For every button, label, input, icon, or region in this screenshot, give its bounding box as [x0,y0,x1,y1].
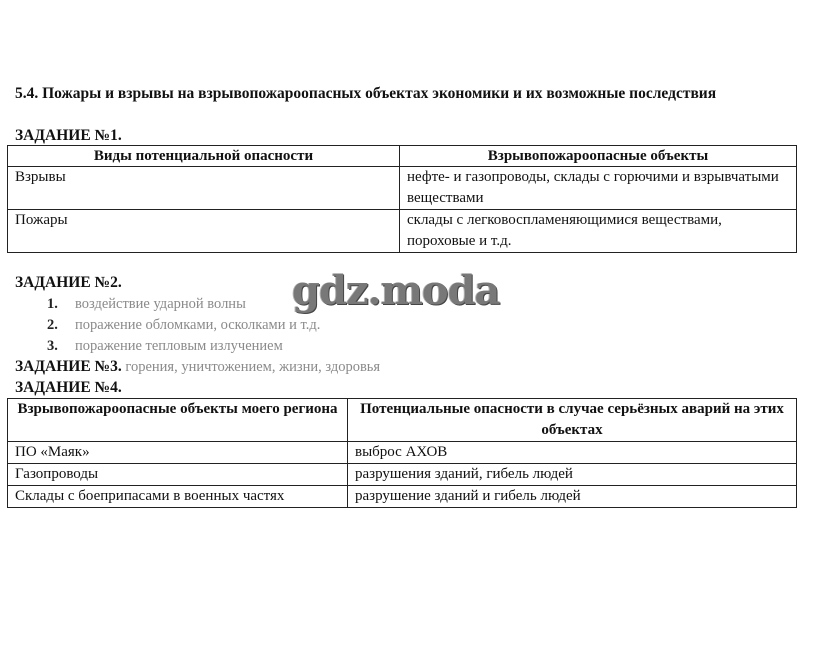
table-row: Газопроводы разрушения зданий, гибель лю… [8,464,797,486]
table-cell: Взрывы [8,167,400,210]
table-cell: нефте- и газопроводы, склады с горючими … [400,167,797,210]
list-number: 2. [47,315,75,336]
table-cell: выброс АХОВ [348,442,797,464]
task3-heading: ЗАДАНИЕ №3. [15,358,122,375]
list-item: 1. воздействие ударной волны [47,294,320,315]
list-text: поражение обломками, осколками и т.д. [75,315,320,336]
table-cell: Склады с боеприпасами в военных частях [8,486,348,508]
task2-list: 1. воздействие ударной волны 2. поражени… [47,294,320,357]
list-item: 3. поражение тепловым излучением [47,336,320,357]
table-cell: Пожары [8,210,400,253]
list-number: 3. [47,336,75,357]
task4-heading: ЗАДАНИЕ №4. [15,378,122,397]
table-cell: ПО «Маяк» [8,442,348,464]
table-header-row: Взрывопожароопасные объекты моего регион… [8,399,797,442]
list-text: воздействие ударной волны [75,294,246,315]
task3-line: ЗАДАНИЕ №3. горения, уничтожением, жизни… [15,357,380,377]
column-header: Взрывопожароопасные объекты моего регион… [8,399,348,442]
table-cell: Газопроводы [8,464,348,486]
table-header-row: Виды потенциальной опасности Взрывопожар… [8,146,797,167]
table-row: ПО «Маяк» выброс АХОВ [8,442,797,464]
list-number: 1. [47,294,75,315]
column-header: Виды потенциальной опасности [8,146,400,167]
table-row: Пожары склады с легковоспламеняющимися в… [8,210,797,253]
watermark-logo: gdz.moda [292,268,499,314]
table-cell: склады с легковоспламеняющимися вещества… [400,210,797,253]
table-row: Взрывы нефте- и газопроводы, склады с го… [8,167,797,210]
table-cell: разрушение зданий и гибель людей [348,486,797,508]
task3-answer: горения, уничтожением, жизни, здоровья [122,359,380,375]
table-cell: разрушения зданий, гибель людей [348,464,797,486]
task1-heading: ЗАДАНИЕ №1. [15,126,122,145]
task4-table: Взрывопожароопасные объекты моего регион… [7,398,797,508]
list-item: 2. поражение обломками, осколками и т.д. [47,315,320,336]
column-header: Потенциальные опасности в случае серьёзн… [348,399,797,442]
task2-heading: ЗАДАНИЕ №2. [15,273,122,292]
list-text: поражение тепловым излучением [75,336,283,357]
section-title: 5.4. Пожары и взрывы на взрывопожароопас… [15,84,805,103]
column-header: Взрывопожароопасные объекты [400,146,797,167]
table-row: Склады с боеприпасами в военных частях р… [8,486,797,508]
task1-table: Виды потенциальной опасности Взрывопожар… [7,145,797,253]
